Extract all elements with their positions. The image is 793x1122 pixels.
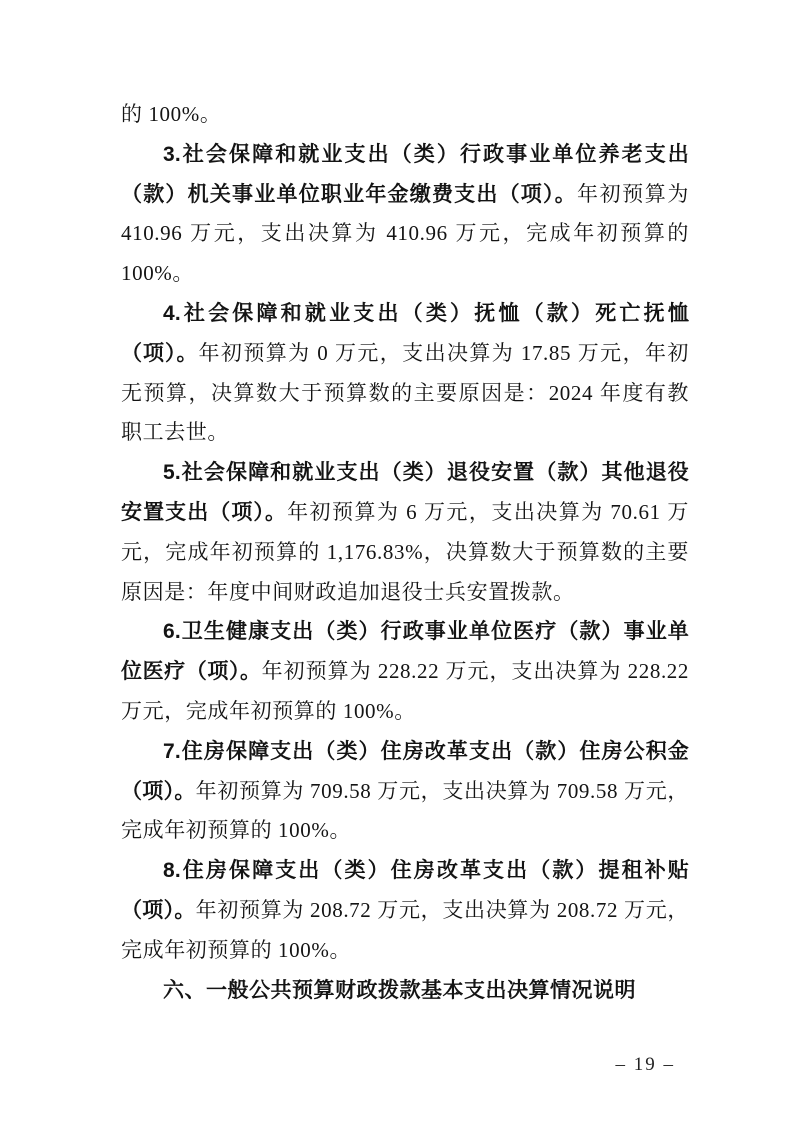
budget-item-paragraph-4: 4.社会保障和就业支出（类）抚恤（款）死亡抚恤（项）。年初预算为 0 万元，支出… — [121, 294, 689, 453]
budget-item-4-detail: 年初预算为 0 万元，支出决算为 17.85 万元，年初无预算，决算数大于预算数… — [121, 341, 689, 445]
continuation-paragraph: 的 100%。 — [121, 95, 689, 135]
budget-item-paragraph-6: 6.卫生健康支出（类）行政事业单位医疗（款）事业单位医疗（项）。年初预算为 22… — [121, 612, 689, 731]
budget-item-paragraph-7: 7.住房保障支出（类）住房改革支出（款）住房公积金（项）。年初预算为 709.5… — [121, 732, 689, 851]
budget-item-paragraph-5: 5.社会保障和就业支出（类）退役安置（款）其他退役安置支出（项）。年初预算为 6… — [121, 453, 689, 612]
budget-item-7-detail: 年初预算为 709.58 万元，支出决算为 709.58 万元，完成年初预算的 … — [121, 779, 689, 843]
document-body: 的 100%。 3.社会保障和就业支出（类）行政事业单位养老支出（款）机关事业单… — [121, 95, 689, 1010]
budget-item-paragraph-3: 3.社会保障和就业支出（类）行政事业单位养老支出（款）机关事业单位职业年金缴费支… — [121, 135, 689, 294]
document-page: 的 100%。 3.社会保障和就业支出（类）行政事业单位养老支出（款）机关事业单… — [0, 0, 793, 1122]
budget-item-8-detail: 年初预算为 208.72 万元，支出决算为 208.72 万元，完成年初预算的 … — [121, 898, 689, 962]
budget-item-paragraph-8: 8.住房保障支出（类）住房改革支出（款）提租补贴（项）。年初预算为 208.72… — [121, 851, 689, 970]
section-heading: 六、一般公共预算财政拨款基本支出决算情况说明 — [121, 971, 689, 1011]
page-number: – 19 – — [616, 1054, 676, 1076]
